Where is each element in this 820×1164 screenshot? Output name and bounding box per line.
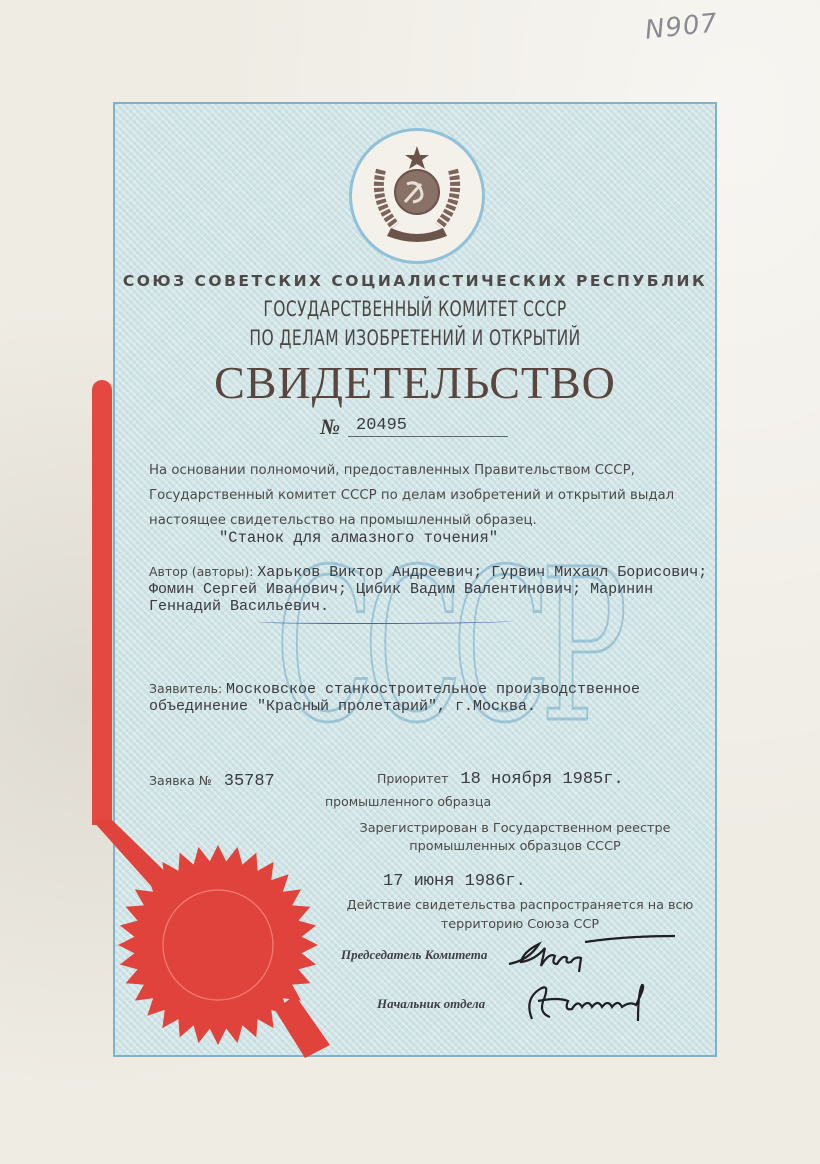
red-seal-icon [0,0,820,1164]
